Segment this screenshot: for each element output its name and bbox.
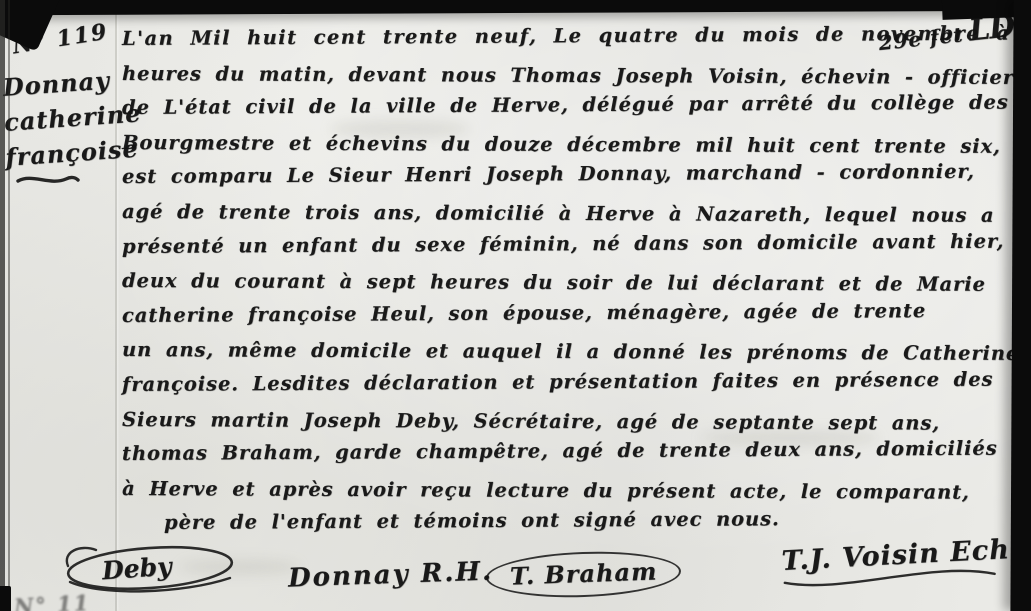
signature-donnay: Donnay R.H. [288,556,494,593]
body-line: thomas Braham, garde champêtre, agé de t… [122,432,1014,472]
body-line: père de l'enfant et témoins ont signé av… [164,501,1014,541]
next-record-number: N° 11 [13,590,90,611]
signature-braham-text: T. Braham [485,549,682,601]
margin-name-line: françoise [4,132,118,175]
scanned-civil-record-page: N° 119 Donnay catherine françoise 29e fe… [0,0,1031,611]
scan-edge-bottom-left [0,586,11,611]
act-body-text: L'an Mil huit cent trente neuf, Le quatr… [122,22,1014,541]
signature-voisin: T.J. Voisin Ech [781,534,1012,595]
body-line: françoise. Lesdites déclaration et prése… [122,362,1014,402]
scan-edge-left [0,0,5,611]
margin-flourish [16,172,80,192]
body-line: présenté un enfant du sexe féminin, né d… [122,224,1014,264]
scan-edge-top [0,0,1031,15]
signature-braham: T. Braham [485,549,682,601]
scan-edge-right [1010,0,1031,611]
margin-name-block: Donnay catherine françoise [2,64,118,173]
signature-deby-text: Deby [101,552,172,586]
scan-edge-left-line [8,0,10,611]
body-line: L'an Mil huit cent trente neuf, Le quatr… [122,17,1014,57]
body-line: catherine françoise Heul, son épouse, mé… [122,293,1014,333]
body-line: est comparu Le Sieur Henri Joseph Donnay… [122,155,1014,195]
body-line: de L'état civil de la ville de Herve, dé… [122,86,1014,126]
